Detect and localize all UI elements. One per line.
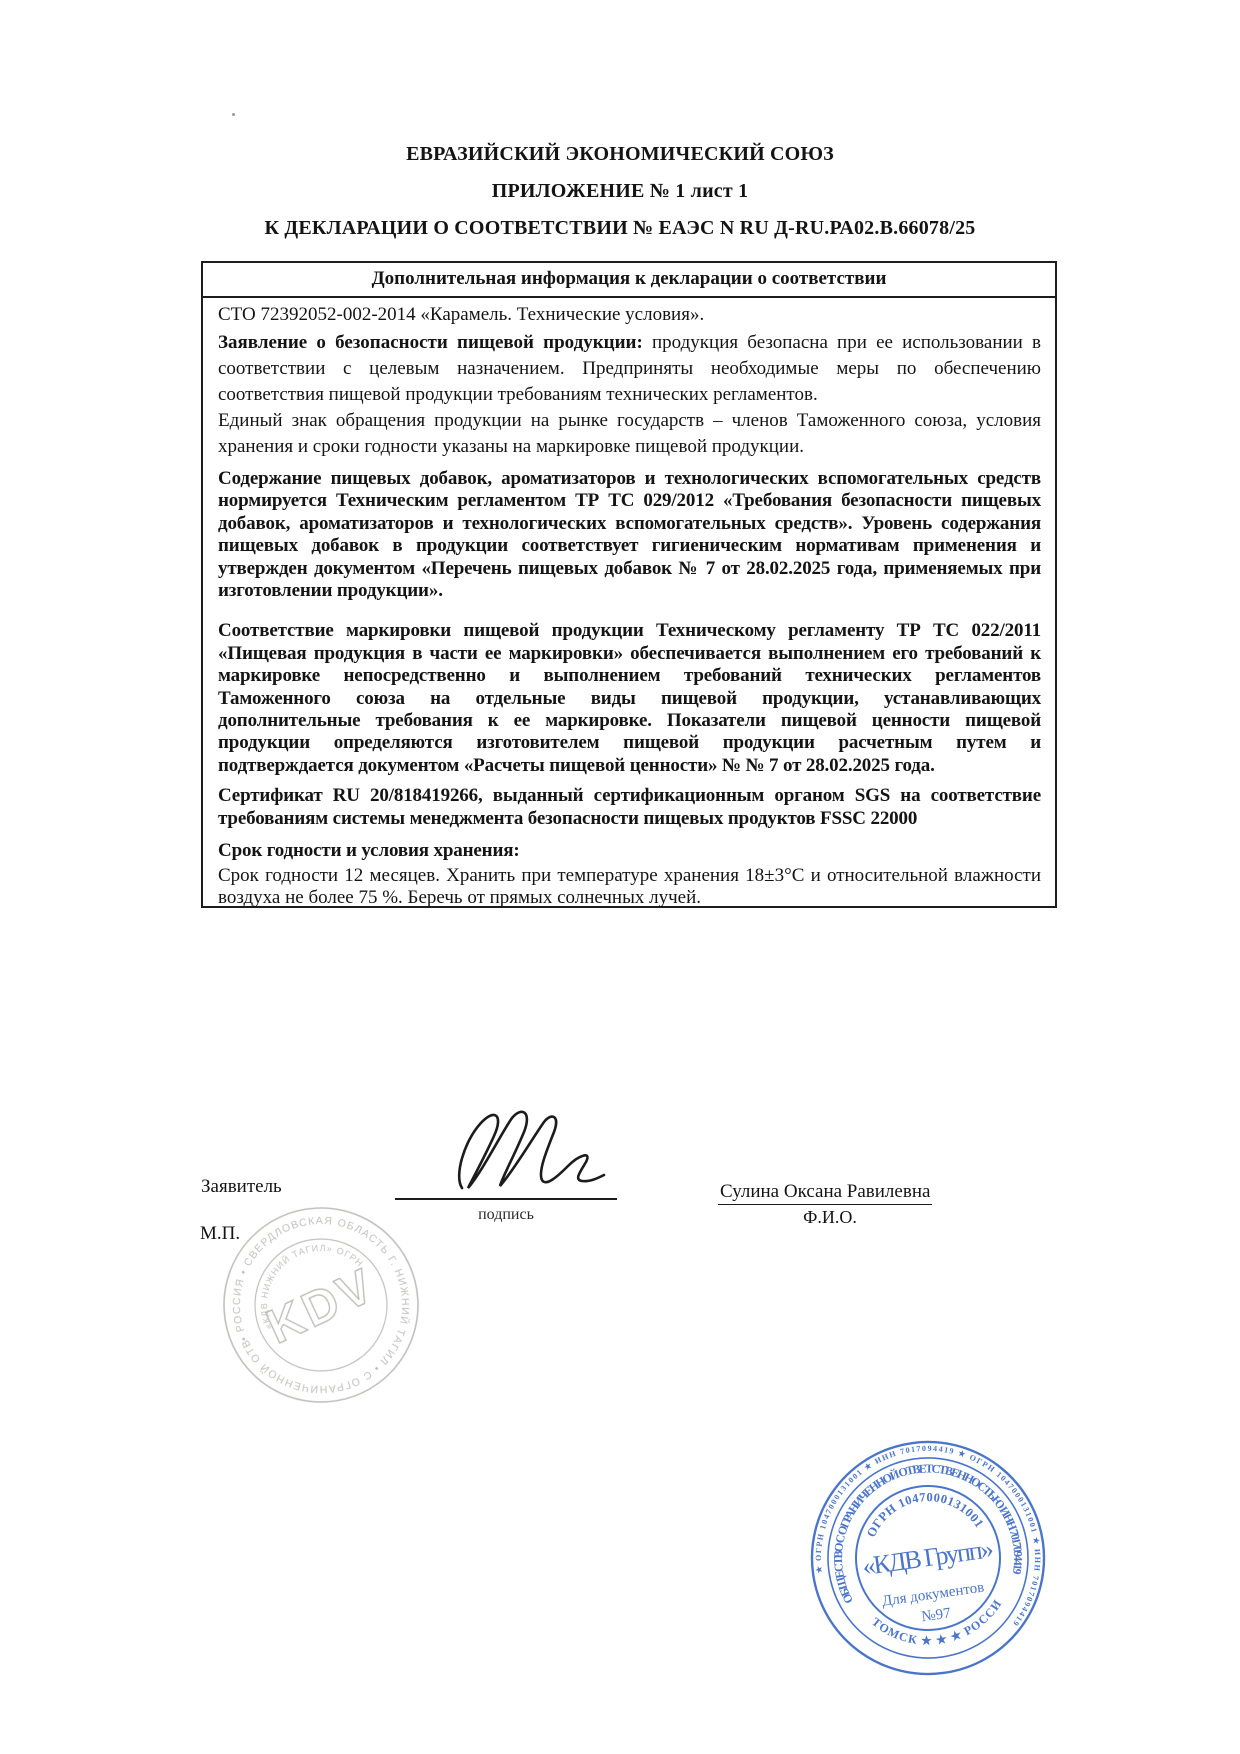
- applicant-name: Сулина Оксана Равилевна: [718, 1181, 932, 1205]
- food-safety-statement: Заявление о безопасности пищевой продукц…: [218, 330, 1041, 408]
- sto-row: СТО 72392052-002-2014 «Карамель. Техниче…: [218, 302, 1041, 328]
- additives-paragraph: Содержание пищевых добавок, ароматизатор…: [218, 468, 1041, 602]
- labeling-paragraph: Соответствие маркировки пищевой продукци…: [218, 620, 1041, 777]
- certificate-paragraph: Сертификат RU 20/818419266, выданный сер…: [218, 785, 1041, 830]
- table-body: СТО 72392052-002-2014 «Карамель. Техниче…: [203, 298, 1055, 915]
- company-round-stamp: ★ ОГРН 1047000131001 ★ ИНН 7017094419 ★ …: [792, 1422, 1063, 1693]
- table-title: Дополнительная информация к декларации о…: [203, 263, 1055, 298]
- shelf-life-text: Срок годности 12 месяцев. Хранить при те…: [218, 865, 1041, 909]
- additional-info-table: Дополнительная информация к декларации о…: [201, 261, 1057, 908]
- customs-union-sign-paragraph: Единый знак обращения продукции на рынке…: [218, 408, 1041, 460]
- handwritten-signature: [448, 1108, 608, 1203]
- stamp-number-text: №97: [920, 1605, 952, 1625]
- applicant-label: Заявитель: [201, 1176, 282, 1198]
- signature-line: [395, 1198, 617, 1200]
- stamp-company-name: «КДВ Групп»: [861, 1534, 996, 1581]
- header-union-title: ЕВРАЗИЙСКИЙ ЭКОНОМИЧЕСКИЙ СОЮЗ: [0, 144, 1240, 164]
- name-caption: Ф.И.О.: [718, 1207, 942, 1228]
- header-declaration-number: К ДЕКЛАРАЦИИ О СООТВЕТСТВИИ № ЕАЭС N RU …: [0, 218, 1240, 238]
- header-annex-line: ПРИЛОЖЕНИЕ № 1 лист 1: [0, 181, 1240, 201]
- signature-caption: подпись: [395, 1206, 617, 1224]
- stamp-purpose-text: Для документов: [881, 1580, 985, 1610]
- signature-stroke: [459, 1112, 604, 1188]
- scanned-declaration-page: ЕВРАЗИЙСКИЙ ЭКОНОМИЧЕСКИЙ СОЮЗ ПРИЛОЖЕНИ…: [0, 0, 1240, 1754]
- doc-header: ЕВРАЗИЙСКИЙ ЭКОНОМИЧЕСКИЙ СОЮЗ ПРИЛОЖЕНИ…: [0, 144, 1240, 255]
- scan-artifact-dot: [232, 113, 235, 116]
- shelf-life-heading: Срок годности и условия хранения:: [218, 840, 1041, 862]
- food-safety-statement-lead: Заявление о безопасности пищевой продукц…: [218, 332, 643, 353]
